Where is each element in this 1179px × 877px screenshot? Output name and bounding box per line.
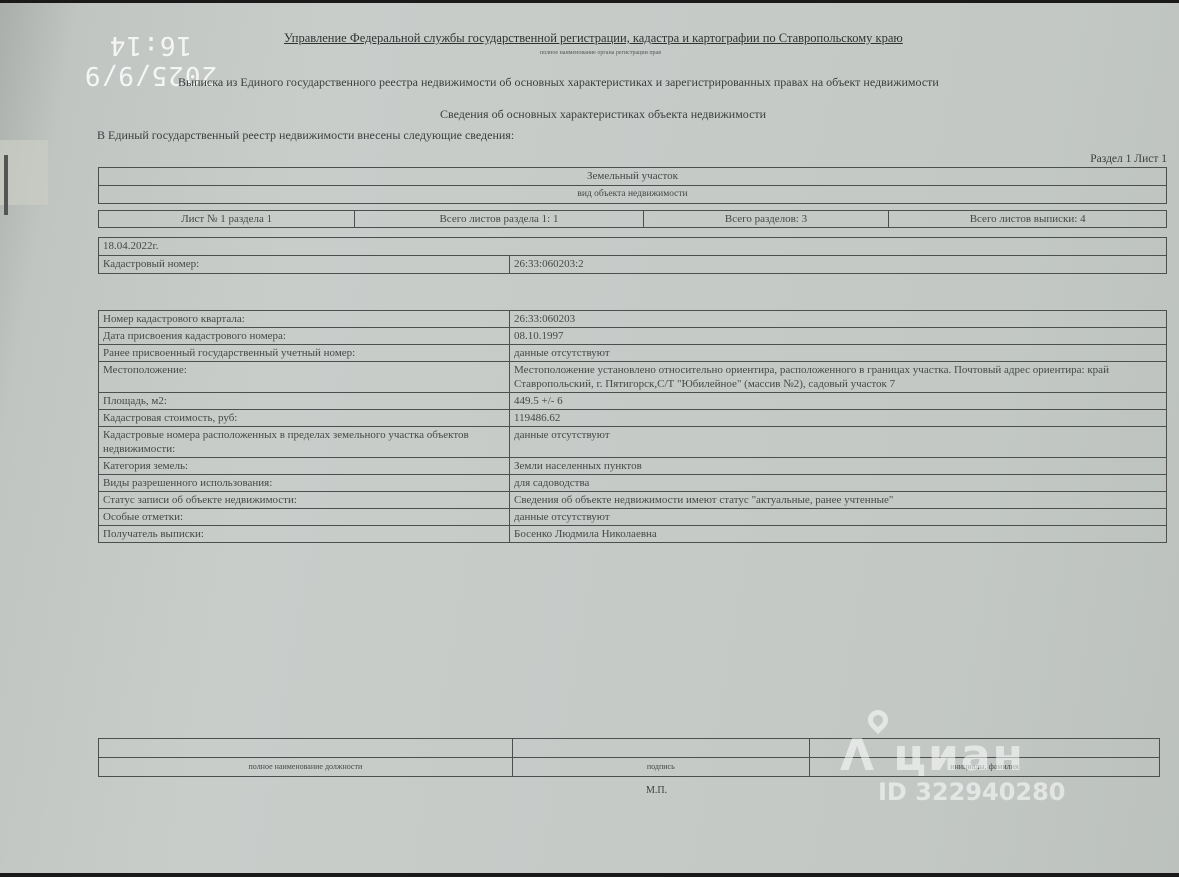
detail-value: Местоположение установлено относительно …: [510, 362, 1167, 393]
signature-field: [512, 739, 809, 758]
detail-value: 26:33:060203: [510, 311, 1167, 328]
object-type-caption: вид объекта недвижимости: [99, 186, 1167, 204]
stamp-place: М.П.: [646, 785, 667, 796]
tape-mark: [4, 155, 8, 215]
detail-value: данные отсутствуют: [510, 345, 1167, 362]
section-label: Раздел 1 Лист 1: [1090, 153, 1167, 165]
table-row: Площадь, м2:449.5 +/- 6: [99, 393, 1167, 410]
detail-value: Сведения об объекте недвижимости имеют с…: [510, 492, 1167, 509]
table-row: Виды разрешенного использования:для садо…: [99, 475, 1167, 492]
total-sheets: Всего листов выписки: 4: [889, 211, 1167, 228]
detail-value: 08.10.1997: [510, 328, 1167, 345]
table-row: Особые отметки:данные отсутствуют: [99, 509, 1167, 526]
agency-caption: полное наименование органа регистрации п…: [540, 50, 661, 56]
object-type: Земельный участок: [99, 168, 1167, 186]
table-row: Ранее присвоенный государственный учетны…: [99, 345, 1167, 362]
detail-value: данные отсутствуют: [510, 427, 1167, 458]
document-date: 18.04.2022г.: [99, 238, 1167, 256]
detail-value: данные отсутствуют: [510, 509, 1167, 526]
total-sections: Всего разделов: 3: [643, 211, 889, 228]
cadastral-number-label: Кадастровый номер:: [99, 256, 510, 274]
table-row: Кадастровая стоимость, руб:119486.62: [99, 410, 1167, 427]
agency-name: Управление Федеральной службы государств…: [284, 31, 903, 46]
document-title: Выписка из Единого государственного реес…: [178, 75, 939, 90]
sheet-number: Лист № 1 раздела 1: [99, 211, 355, 228]
table-row: Получатель выписки:Босенко Людмила Никол…: [99, 526, 1167, 543]
detail-label: Местоположение:: [99, 362, 510, 393]
document-subtitle: Сведения об основных характеристиках объ…: [440, 107, 766, 122]
detail-label: Площадь, м2:: [99, 393, 510, 410]
detail-label: Номер кадастрового квартала:: [99, 311, 510, 328]
detail-label: Ранее присвоенный государственный учетны…: [99, 345, 510, 362]
cadastral-table: 18.04.2022г. Кадастровый номер: 26:33:06…: [98, 237, 1167, 274]
detail-value: Земли населенных пунктов: [510, 458, 1167, 475]
detail-value: для садоводства: [510, 475, 1167, 492]
detail-value: 119486.62: [510, 410, 1167, 427]
detail-label: Кадастровая стоимость, руб:: [99, 410, 510, 427]
cadastral-number-value: 26:33:060203:2: [510, 256, 1167, 274]
sheets-table: Лист № 1 раздела 1 Всего листов раздела …: [98, 210, 1167, 228]
table-row: Дата присвоения кадастрового номера:08.1…: [99, 328, 1167, 345]
detail-label: Категория земель:: [99, 458, 510, 475]
watermark-id: ID 322940280: [878, 778, 1066, 806]
table-row: Категория земель:Земли населенных пункто…: [99, 458, 1167, 475]
table-row: Кадастровые номера расположенных в преде…: [99, 427, 1167, 458]
detail-label: Получатель выписки:: [99, 526, 510, 543]
object-type-table: Земельный участок вид объекта недвижимос…: [98, 167, 1167, 204]
table-row: Местоположение:Местоположение установлен…: [99, 362, 1167, 393]
table-row: Статус записи об объекте недвижимости:Св…: [99, 492, 1167, 509]
signature-caption: подпись: [512, 758, 809, 777]
detail-label: Статус записи об объекте недвижимости:: [99, 492, 510, 509]
detail-label: Дата присвоения кадастрового номера:: [99, 328, 510, 345]
detail-label: Особые отметки:: [99, 509, 510, 526]
watermark-brand: Λ циан: [840, 730, 1025, 781]
detail-value: 449.5 +/- 6: [510, 393, 1167, 410]
detail-label: Виды разрешенного использования:: [99, 475, 510, 492]
position-caption: полное наименование должности: [99, 758, 513, 777]
intro-text: В Единый государственный реестр недвижим…: [97, 128, 514, 143]
detail-label: Кадастровые номера расположенных в преде…: [99, 427, 510, 458]
details-table: Номер кадастрового квартала:26:33:060203…: [98, 310, 1167, 543]
sheets-in-section: Всего листов раздела 1: 1: [355, 211, 643, 228]
table-row: Номер кадастрового квартала:26:33:060203: [99, 311, 1167, 328]
position-field: [99, 739, 513, 758]
detail-value: Босенко Людмила Николаевна: [510, 526, 1167, 543]
